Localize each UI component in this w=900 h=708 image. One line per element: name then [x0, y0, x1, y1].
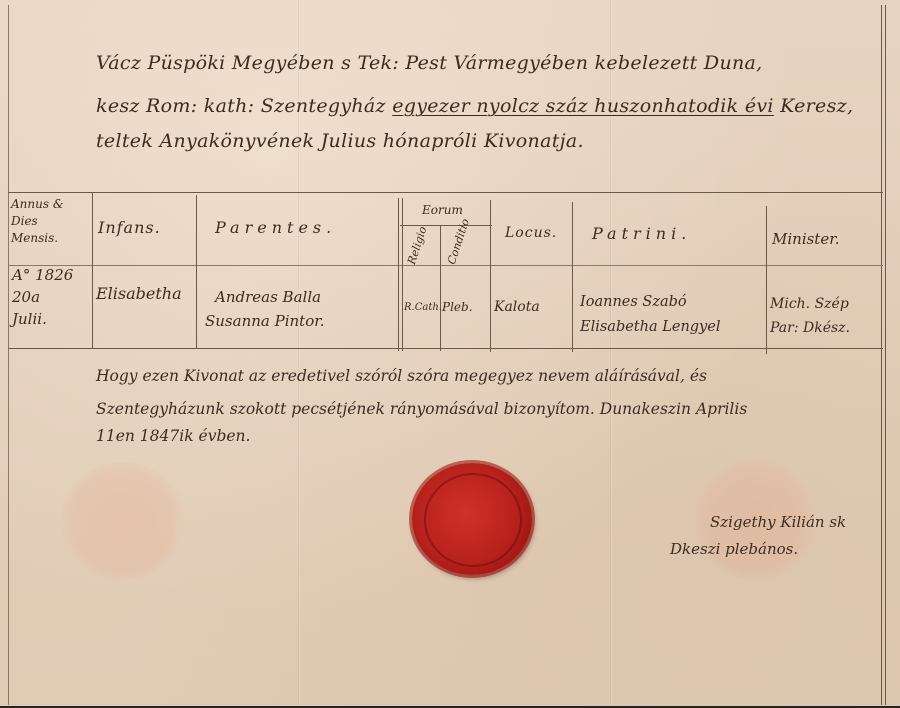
table-top-line: [8, 192, 883, 193]
table-header-line: [8, 265, 883, 266]
cell-patrini: Ioannes Szabó Elisabetha Lengyel: [580, 290, 720, 340]
header-line-2-text: kesz Rom: kath: Szentegyház egyezer nyol…: [96, 95, 853, 117]
cell-parents: Andreas Balla Susanna Pintor.: [205, 285, 325, 333]
document-paper: Vácz Püspöki Megyében s Tek: Pest Vármeg…: [0, 0, 900, 706]
left-margin-line: [8, 5, 9, 705]
col-divider: [766, 206, 767, 354]
seal-rim: [424, 473, 522, 567]
parent-father: Andreas Balla: [205, 285, 325, 309]
col-divider: [572, 202, 573, 352]
header-line-3: teltek Anyakönyvének Julius hónapróli Ki…: [96, 130, 584, 152]
parent-mother: Susanna Pintor.: [205, 309, 325, 333]
right-margin-line: [881, 5, 882, 705]
minister-title: Par: Dkész.: [770, 316, 850, 340]
red-wax-seal: [412, 463, 532, 575]
date-month: Julii.: [12, 308, 73, 330]
cell-religio: R.Cath.: [404, 302, 442, 313]
col-header-patrini: Patrini.: [592, 224, 691, 243]
cell-conditio: Pleb.: [442, 300, 473, 314]
date-header-line: Dies: [11, 213, 64, 230]
col-divider: [402, 198, 403, 351]
attestation-line-2: Szentegyházunk szokott pecsétjének rányo…: [96, 400, 747, 418]
cell-date: A° 1826 20a Julii.: [12, 264, 73, 330]
col-header-parents: Parentes.: [215, 218, 336, 237]
date-header-line: Annus &: [11, 196, 64, 213]
col-divider: [490, 200, 491, 352]
eorum-subline: [400, 225, 492, 226]
col-header-religio: Religio: [405, 225, 429, 266]
date-header-line: Mensis.: [11, 230, 64, 247]
col-header-eorum: Eorum: [422, 203, 463, 217]
attestation-line-3: 11en 1847ik évben.: [96, 427, 250, 445]
col-divider: [196, 195, 197, 348]
col-header-minister: Minister.: [772, 230, 840, 248]
col-header-date: Annus & Dies Mensis.: [11, 196, 64, 247]
col-header-locus: Locus.: [505, 225, 557, 241]
cell-minister: Mich. Szép Par: Dkész.: [770, 292, 850, 340]
col-header-infant: Infans.: [98, 218, 161, 237]
table-bottom-line: [8, 348, 883, 349]
faded-stamp-left: [60, 462, 185, 580]
col-divider: [440, 225, 441, 351]
attestation-line-1: Hogy ezen Kivonat az eredetivel szóról s…: [96, 367, 707, 385]
date-year: A° 1826: [12, 264, 73, 286]
signature-name: Szigethy Kilián sk: [710, 513, 846, 531]
right-margin-line-2: [885, 5, 886, 705]
cell-infant: Elisabetha: [96, 284, 182, 303]
minister-name: Mich. Szép: [770, 292, 850, 316]
header-line-2: kesz Rom: kath: Szentegyház egyezer nyol…: [96, 95, 853, 117]
col-divider: [398, 198, 399, 351]
signature-title: Dkeszi plebános.: [670, 540, 798, 558]
underlined-year-phrase: egyezer nyolcz száz huszonhatodik évi: [392, 95, 774, 117]
date-day: 20a: [12, 286, 73, 308]
godmother: Elisabetha Lengyel: [580, 315, 720, 340]
col-divider: [92, 192, 93, 348]
godfather: Ioannes Szabó: [580, 290, 720, 315]
cell-locus: Kalota: [494, 299, 540, 315]
header-line-1: Vácz Püspöki Megyében s Tek: Pest Vármeg…: [96, 52, 763, 74]
